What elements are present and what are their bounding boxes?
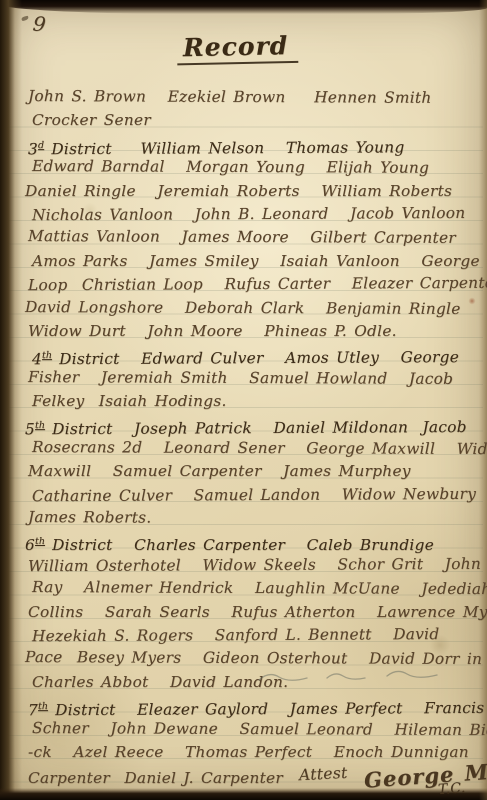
record-line: James Roberts. [28, 506, 479, 531]
record-line: John S. Brown Ezekiel Brown Hennen Smith [28, 85, 479, 110]
district-ordinal-suffix: d [38, 140, 44, 151]
record-entries: John S. Brown Ezekiel Brown Hennen Smith… [28, 86, 479, 764]
record-book-page: 9 Record John S. Brown Ezekiel Brown Hen… [0, 0, 487, 800]
record-line: Catharine Culver Samuel Landon Widow New… [32, 482, 479, 508]
record-line: Rosecrans 2d Leonard Sener George Maxwil… [32, 436, 479, 461]
attestation-line: Carpenter Daniel J. Carpenter Attest Geo… [28, 763, 481, 790]
record-line: Collins Sarah Searls Rufus Atherton Lawr… [28, 601, 479, 624]
district-heading-line: 3d District William Nelson Thomas Young [28, 132, 479, 158]
binding-edge-left [0, 0, 22, 800]
record-line: Schner John Dewane Samuel Leonard Hilema… [32, 717, 479, 742]
record-line: Widow Durt John Moore Phineas P. Odle. [28, 320, 479, 343]
attest-label: Attest [299, 764, 348, 785]
record-line: Amos Parks James Smiley Isaiah Vanloon G… [32, 250, 479, 273]
record-line: Hezekiah S. Rogers Sanford L. Bennett Da… [32, 623, 479, 649]
record-line: Nicholas Vanloon John B. Leonard Jacob V… [32, 202, 479, 228]
district-heading-line: 6th District Charles Carpenter Caleb Bru… [25, 530, 479, 553]
district-heading-line: 7th District Eleazer Gaylord James Perfe… [28, 693, 479, 719]
district-heading-line: 5th District Joseph Patrick Daniel Mildo… [25, 412, 479, 438]
record-line: David Longshore Deborah Clark Benjamin R… [25, 296, 479, 321]
title-row: Record [0, 32, 487, 64]
district-ordinal-suffix: th [38, 701, 48, 712]
binding-edge-top [0, 0, 487, 14]
record-line: Mattias Vanloon James Moore Gilbert Carp… [28, 225, 479, 250]
record-line: Daniel Ringle Jeremiah Roberts William R… [25, 180, 479, 203]
page-edge-right [479, 0, 487, 800]
district-ordinal-suffix: th [35, 421, 45, 432]
district-ordinal: 6 [25, 537, 35, 555]
record-line: Edward Barndal Morgan Young Elijah Young [32, 155, 479, 180]
record-line: Ray Alnemer Hendrick Laughlin McUane Jed… [32, 576, 479, 601]
clerk-initials: T.C. [437, 780, 466, 798]
record-line: Pace Besey Myers Gideon Osterhout David … [25, 646, 479, 671]
record-line: -ck Azel Reece Thomas Perfect Enoch Dunn… [28, 741, 479, 764]
record-line: Fisher Jeremiah Smith Samuel Howland Jac… [28, 366, 479, 391]
record-line: Crocker Sener [32, 109, 479, 132]
record-line: William Osterhotel Widow Skeels Schor Gr… [28, 553, 479, 579]
attestation-prefix: Carpenter Daniel J. Carpenter [28, 767, 283, 790]
district-ordinal-suffix: th [42, 350, 52, 361]
page-title: Record [177, 31, 299, 66]
district-heading-line: 4th District Edward Culver Amos Utley Ge… [32, 342, 479, 368]
record-line: Felkey Isaiah Hodings. [32, 390, 479, 413]
record-line: Maxwill Samuel Carpenter James Murphey [28, 460, 479, 483]
district-ordinal-suffix: th [35, 536, 45, 547]
record-line: Loop Christian Loop Rufus Carter Eleazer… [28, 272, 479, 298]
record-line: Charles Abbot David Landon. [32, 671, 479, 694]
